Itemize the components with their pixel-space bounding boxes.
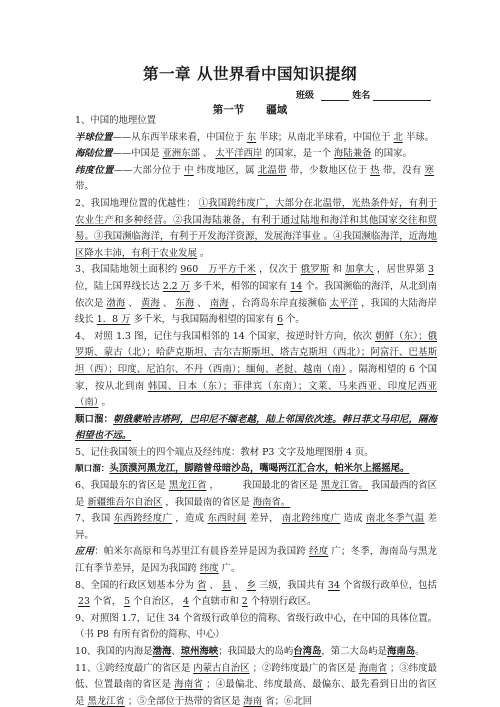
- answer-blank: 渤海: [103, 298, 128, 309]
- class-name-line: 班级 姓名: [296, 88, 431, 101]
- text: 三级，我国共有: [259, 580, 325, 591]
- item-9: 9、对照图 1.7，记住 34 个省级行政单位的简称、省级行政中心，在中国的具体…: [75, 611, 437, 644]
- item-11: 11、①跨经度最广的省区是内蒙古自治区；②跨纬度最广的省区是海南省；③纬度最低、…: [75, 661, 437, 707]
- answer-blank: 东西跨经度广: [111, 513, 176, 524]
- text: ；②跨纬度最广的省区是: [253, 663, 356, 674]
- answer-blank: 黑龙江省: [166, 480, 210, 491]
- answer-blank: 南北跨纬度广: [279, 513, 344, 524]
- text: 半球。: [406, 132, 434, 143]
- answer-blank: 海南岛: [387, 646, 415, 657]
- answer-blank: 东西时间: [205, 513, 250, 524]
- answer-blank: 加拿大: [342, 264, 377, 275]
- answer-blank: 海南省。: [250, 497, 294, 508]
- answer-blank: 寒: [422, 165, 437, 176]
- answer-blank: 热: [367, 165, 383, 176]
- page-title: 第一章 从世界看中国知识提纲: [0, 62, 500, 84]
- answer-blank: 2: [239, 596, 251, 607]
- answer-blank: 海南省: [171, 679, 206, 690]
- answer-blank: 太平洋西岸: [212, 148, 265, 159]
- answer-blank: 2.2 万: [160, 281, 193, 292]
- answer-blank: 琼州海峡: [181, 646, 219, 657]
- text: 多千米，与我国隔海相望的国家有: [133, 314, 274, 325]
- text: ，居世界第: [377, 264, 425, 275]
- answer-blank: 北: [390, 132, 405, 143]
- answer-blank: 经度: [306, 546, 331, 557]
- answer-blank: 23: [75, 596, 93, 607]
- answer-blank: 台湾岛: [293, 646, 321, 657]
- text: 个省，: [93, 596, 121, 607]
- answer-blank: 南北冬季气温: [363, 513, 428, 524]
- latitude-position: 纬度位置——大部分位于中纬度地区，属北温带带，少数地区位于热带，没有寒带。: [75, 163, 437, 196]
- answer-blank: 新疆维吾尔自治区: [84, 497, 165, 508]
- item-1-heading: 1、中国的地理位置: [75, 113, 437, 130]
- rhyme-label: 顺口溜：: [75, 414, 113, 425]
- hemisphere-position: 半球位置——从东西半球来看，中国位于东半球；从南北半球看，中国位于北半球。: [75, 130, 437, 147]
- application: 应用：帕米尔高原和乌苏里江有晨昏差异是因为我国跨经度广；冬季，海南岛与黑龙江有季…: [75, 544, 437, 577]
- application-label: 应用: [75, 546, 94, 557]
- answer-blank: 乡: [244, 580, 259, 591]
- answer-blank: 黑龙江省。: [318, 480, 371, 491]
- text: 11、①跨经度最广的省区是: [75, 663, 190, 674]
- text: 、: [234, 580, 243, 591]
- text: 、: [209, 580, 218, 591]
- answer-blank: 海陆兼备: [331, 148, 375, 159]
- item-2: 2、我国地理位置的优越性：①我国跨纬度广，大部分在北温带，光热条件好，有利于农业…: [75, 196, 437, 262]
- text: ，造成: [175, 513, 204, 524]
- answer-blank: 北温带: [255, 165, 290, 176]
- latitude-label: 纬度位置: [75, 165, 114, 176]
- text: 8、全国的行政区划基本分为: [75, 580, 194, 591]
- answer-blank: 4: [180, 596, 192, 607]
- answer-blank: 黄海: [138, 298, 163, 309]
- text: ：帕米尔高原和乌苏里江有晨昏差异是因为我国跨: [94, 546, 306, 557]
- hemisphere-label: 半球位置: [75, 132, 113, 143]
- rhyme-neighbors: 顺口溜：朝俄蒙哈吉塔阿，巴印尼不缅老越，陆上邻国依次连。韩日菲文马印尼，隔海相望…: [75, 412, 437, 445]
- text: 、: [171, 646, 180, 657]
- answer-blank: 960 万平方千米: [177, 264, 259, 275]
- text: ，我国最南的省区是: [165, 497, 249, 508]
- text: ，仅次于: [259, 264, 297, 275]
- item-10: 10、我国的内海是渤海、琼州海峡；我国最大的岛屿台湾岛，第二大岛屿是海南岛。: [75, 644, 437, 661]
- text: 、: [128, 298, 137, 309]
- text: 个省级行政单位，包括: [343, 580, 437, 591]
- item-5: 5、记住我国领土的四个端点及经纬度：教材 P3 文字及地理图册 4 页。: [75, 445, 437, 462]
- sea-land-label: 海陆位置: [75, 148, 113, 159]
- answer-blank: 纬度: [197, 563, 222, 574]
- answer-blank: 6: [274, 314, 286, 325]
- answer-blank: 14: [287, 281, 305, 292]
- answer-blank: 南海: [207, 298, 232, 309]
- text: 带，少数地区位于: [290, 165, 367, 176]
- answer-blank: 县: [219, 580, 234, 591]
- text: 个自治区，: [133, 596, 180, 607]
- rhyme-text: 头顶漠河黑龙江，脚踏曾母暗沙岛，嘴喝两江汇合水，帕米尔上摇摇尾。: [109, 463, 409, 474]
- text: 6、我国最东的省区是: [75, 480, 166, 491]
- text: 省；⑥北回: [265, 696, 312, 707]
- text: ——从东西半球来看，中国位于: [113, 132, 244, 143]
- rhyme-label: 顺口溜：: [75, 464, 109, 474]
- text: ；⑤全部位于热带的省区是: [128, 696, 241, 707]
- text: 的国家，是一个: [265, 148, 331, 159]
- text: 半球；从南北半球看，中国位于: [259, 132, 390, 143]
- item-3: 3、我国陆地领土面积约960 万平方千米，仅次于俄罗斯和加拿大，居世界第3位，陆…: [75, 262, 437, 328]
- text: 7、我国: [75, 513, 111, 524]
- text: 、: [197, 298, 206, 309]
- document-page: 第一章 从世界看中国知识提纲 班级 姓名 第一节疆域 1、中国的地理位置 半球位…: [0, 0, 500, 707]
- text: 纬度地区，属: [197, 165, 255, 176]
- answer-blank: 5: [121, 596, 133, 607]
- answer-blank: 海南省: [356, 663, 390, 674]
- text: 差异，: [250, 513, 279, 524]
- answer-blank: 黑龙江省: [84, 696, 128, 707]
- text: 。: [415, 646, 424, 657]
- text: 带。: [75, 181, 94, 192]
- text: ——大部分位于: [114, 165, 181, 176]
- text: 、: [203, 148, 212, 159]
- text: 个。: [286, 314, 305, 325]
- text: 位，陆上国界线长达: [75, 281, 160, 292]
- answer-blank: 34: [325, 580, 343, 591]
- text: 的国家。: [374, 148, 412, 159]
- item-4: 4、 对照 1.3 图，记住与我国相邻的 14 个国家，按逆时针方向，依次朝鲜（…: [75, 329, 437, 412]
- text: ，第二大岛屿是: [321, 646, 387, 657]
- text: ，台湾岛东岸直接濒临: [232, 298, 327, 309]
- answer-blank: 省: [194, 580, 209, 591]
- answer-blank: 海南: [240, 696, 265, 707]
- answer-blank: 3: [425, 264, 437, 275]
- item-7: 7、我国东西跨经度广，造成东西时间差异，南北跨纬度广造成南北冬季气温差异。: [75, 511, 437, 544]
- answer-blank: 1．8 万: [94, 314, 134, 325]
- text: 和: [332, 264, 342, 275]
- text: 3、我国陆地领土面积约: [75, 264, 177, 275]
- text: 个特别行政区。: [251, 596, 317, 607]
- answer-blank: 俄罗斯: [298, 264, 333, 275]
- answer-blank: 渤海: [153, 646, 172, 657]
- document-body: 1、中国的地理位置 半球位置——从东西半球来看，中国位于东半球；从南北半球看，中…: [75, 113, 437, 707]
- text: ；我国最大的岛屿: [218, 646, 293, 657]
- rhyme-extremes: 顺口溜：头顶漠河黑龙江，脚踏曾母暗沙岛，嘴喝两江汇合水，帕米尔上摇摇尾。: [75, 461, 437, 478]
- text: ， 我国最北的省区是: [210, 480, 318, 491]
- answer-blank: 中: [181, 165, 197, 176]
- text: 带，没有: [383, 165, 422, 176]
- text: ——中国是: [113, 148, 160, 159]
- item-6: 6、我国最东的省区是黑龙江省， 我国最北的省区是黑龙江省。我国最西的省区是新疆维…: [75, 478, 437, 511]
- name-label: 姓名: [352, 91, 370, 101]
- text: 造成: [343, 513, 363, 524]
- text: 4、 对照 1.3 图，记住与我国相邻的 14 个国家，按逆时针方向，依次: [75, 331, 372, 342]
- class-blank[interactable]: [321, 90, 349, 101]
- answer-blank: 东海: [172, 298, 197, 309]
- answer-blank: 太平洋: [327, 298, 361, 309]
- text: 、: [163, 298, 172, 309]
- rhyme-text: 朝俄蒙哈吉塔阿，巴印尼不缅老越，陆上邻国依次连。韩日菲文马印尼，隔海相望也不远。: [75, 414, 437, 442]
- answer-blank: 亚洲东部: [159, 148, 203, 159]
- text: 多千米，相邻的国家有: [193, 281, 287, 292]
- item-8: 8、全国的行政区划基本分为省、县、乡三级，我国共有34个省级行政单位，包括23个…: [75, 578, 437, 611]
- answer-blank: 东: [244, 132, 259, 143]
- class-label: 班级: [296, 91, 314, 101]
- name-blank[interactable]: [373, 90, 431, 101]
- text: 广。: [222, 563, 241, 574]
- text: 。: [200, 248, 209, 259]
- text: 10、我国的内海是: [75, 646, 153, 657]
- text: 。: [101, 397, 110, 408]
- sea-land-position: 海陆位置——中国是亚洲东部、太平洋西岸的国家，是一个海陆兼备的国家。: [75, 146, 437, 163]
- text: 个直辖市和: [192, 596, 239, 607]
- answer-blank: 内蒙古自治区: [190, 663, 252, 674]
- text: 2、我国地理位置的优越性：: [75, 198, 196, 209]
